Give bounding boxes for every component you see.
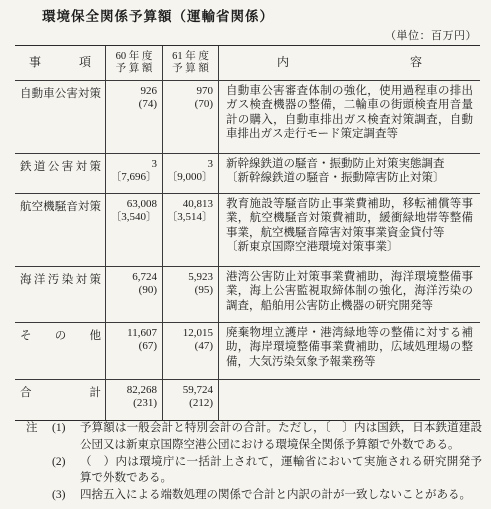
fy60-main: 3 <box>152 158 158 170</box>
fy60-sub: (90) <box>108 284 157 297</box>
content-text: 教育施設等騒音防止事業費補助，移転補償等事業，航空機騒音対策費補助，緩衝緑地帯等… <box>226 198 473 239</box>
table-row-marine-pollution: 海洋汚染対策 6,724(90) 5,923(95) 港湾公害防止対策事業費補助… <box>15 267 480 323</box>
row-item-label: 合計 <box>15 380 105 420</box>
header-row: 事項 60 年 度 予 算 額 61 年 度 予 算 額 内容 <box>15 46 480 81</box>
table-row-others: その他 11,607(67) 12,015(47) 廃棄物埋立護岸・港湾緑地等の… <box>15 323 480 380</box>
document-page: 環境保全関係予算額（運輸省関係） （単位：百万円） 事項 60 年 度 予 算 … <box>0 0 491 509</box>
fy60-sub: 〔3,540〕 <box>108 211 157 224</box>
fy61-sub: (212) <box>165 397 213 410</box>
fy61-sub: 〔3,514〕 <box>165 211 213 224</box>
fy60-main: 11,607 <box>127 327 157 339</box>
notes-label: 注 <box>26 420 52 437</box>
footnote-2: (2) （ ）内は環境庁に一括計上されて，運輸省において実施される研究開発予算で… <box>26 454 482 488</box>
footnote-number: (2) <box>52 454 80 471</box>
fy60-main: 926 <box>141 85 158 97</box>
row-fy61-value: 970(70) <box>162 81 218 153</box>
content-text: 自動車公害審査体制の強化，使用過程車の排出ガス検査機器の整備，二輪車の街頭検査用… <box>226 85 473 140</box>
fy61-sub: (70) <box>165 98 213 111</box>
header-item: 事項 <box>15 46 105 80</box>
content-text: 新幹線鉄道の騒音・振動防止対策実態調査 <box>226 158 445 170</box>
row-fy60-value: 82,268(231) <box>105 380 162 420</box>
row-content: 廃棄物埋立護岸・港湾緑地等の整備に対する補助，海岸環境整備事業費補助，広域処理場… <box>218 323 480 379</box>
row-item-label: 海洋汚染対策 <box>15 267 105 322</box>
fy61-main: 970 <box>197 85 214 97</box>
row-fy60-value: 63,008〔3,540〕 <box>105 194 162 266</box>
footnote-text: 四捨五入による端数処理の関係で合計と内訳の計が一致しないことがある。 <box>80 487 482 504</box>
row-fy60-value: 11,607(67) <box>105 323 162 379</box>
content-text: 港湾公害防止対策事業費補助，海洋環境整備事業，海上公害監視取締体制の強化，海洋汚… <box>226 271 473 312</box>
fy60-sub: 〔7,696〕 <box>108 171 157 184</box>
row-fy60-value: 6,724(90) <box>105 267 162 322</box>
table-row-auto-pollution: 自動車公害対策 926(74) 970(70) 自動車公害審査体制の強化，使用過… <box>15 81 480 154</box>
footnote-number: (1) <box>52 420 80 437</box>
fy60-main: 63,008 <box>127 198 157 210</box>
fy61-sub: 〔9,000〕 <box>165 171 213 184</box>
content-text: 廃棄物埋立護岸・港湾緑地等の整備に対する補助，海岸環境整備事業費補助，広域処理場… <box>226 327 473 368</box>
footnote-text: 予算額は一般会計と特別会計の合計。ただし，〔 〕内は国鉄，日本鉄道建設公団又は新… <box>80 420 482 454</box>
header-fy60: 60 年 度 予 算 額 <box>105 46 162 80</box>
fy60-main: 6,724 <box>132 271 157 283</box>
table-row-railway-pollution: 鉄道公害対策 3〔7,696〕 3〔9,000〕 新幹線鉄道の騒音・振動防止対策… <box>15 154 480 194</box>
row-content: 教育施設等騒音防止事業費補助，移転補償等事業，航空機騒音対策費補助，緩衝緑地帯等… <box>218 194 480 266</box>
footnote-1: 注 (1) 予算額は一般会計と特別会計の合計。ただし，〔 〕内は国鉄，日本鉄道建… <box>26 420 482 454</box>
content-note: 〔新幹線鉄道の騒音・振動障害防止対策〕 <box>226 171 473 185</box>
unit-label: （単位：百万円） <box>385 27 477 43</box>
fy61-main: 5,923 <box>188 271 213 283</box>
content-note: 〔新東京国際空港環境対策事業〕 <box>226 240 473 254</box>
row-fy61-value: 3〔9,000〕 <box>162 154 218 193</box>
table-row-aircraft-noise: 航空機騒音対策 63,008〔3,540〕 40,813〔3,514〕 教育施設… <box>15 194 480 267</box>
row-content: 新幹線鉄道の騒音・振動防止対策実態調査〔新幹線鉄道の騒音・振動障害防止対策〕 <box>218 154 480 193</box>
fy60-sub: (67) <box>108 340 157 353</box>
row-fy60-value: 3〔7,696〕 <box>105 154 162 193</box>
row-content <box>218 380 480 420</box>
row-fy60-value: 926(74) <box>105 81 162 153</box>
row-item-label: 鉄道公害対策 <box>15 154 105 193</box>
header-fy61-line1: 61 年 度 <box>165 51 216 63</box>
row-content: 自動車公害審査体制の強化，使用過程車の排出ガス検査機器の整備，二輪車の街頭検査用… <box>218 81 480 153</box>
row-item-label: その他 <box>15 323 105 379</box>
header-fy60-line2: 予 算 額 <box>108 63 160 75</box>
fy61-main: 3 <box>208 158 214 170</box>
fy61-main: 40,813 <box>183 198 213 210</box>
table-row-total: 合計 82,268(231) 59,724(212) <box>15 380 480 420</box>
header-fy60-line1: 60 年 度 <box>108 51 160 63</box>
header-fy61: 61 年 度 予 算 額 <box>162 46 218 80</box>
row-content: 港湾公害防止対策事業費補助，海洋環境整備事業，海上公害監視取締体制の強化，海洋汚… <box>218 267 480 322</box>
fy61-main: 12,015 <box>183 327 213 339</box>
row-fy61-value: 12,015(47) <box>162 323 218 379</box>
fy60-sub: (74) <box>108 98 157 111</box>
footnotes: 注 (1) 予算額は一般会計と特別会計の合計。ただし，〔 〕内は国鉄，日本鉄道建… <box>26 420 482 504</box>
footnote-number: (3) <box>52 487 80 504</box>
page-title: 環境保全関係予算額（運輸省関係） <box>42 5 274 25</box>
fy61-sub: (47) <box>165 340 213 353</box>
row-item-label: 自動車公害対策 <box>15 81 105 153</box>
footnote-text: （ ）内は環境庁に一括計上されて，運輸省において実施される研究開発予算で外数であ… <box>80 454 482 488</box>
fy61-sub: (95) <box>165 284 213 297</box>
budget-table: 事項 60 年 度 予 算 額 61 年 度 予 算 額 内容 自動車公害対策 … <box>15 45 480 421</box>
header-fy61-line2: 予 算 額 <box>165 63 216 75</box>
fy60-sub: (231) <box>108 397 157 410</box>
row-fy61-value: 59,724(212) <box>162 380 218 420</box>
footnote-3: (3) 四捨五入による端数処理の関係で合計と内訳の計が一致しないことがある。 <box>26 487 482 504</box>
header-content: 内容 <box>218 46 480 80</box>
row-fy61-value: 5,923(95) <box>162 267 218 322</box>
row-fy61-value: 40,813〔3,514〕 <box>162 194 218 266</box>
fy61-main: 59,724 <box>183 384 213 396</box>
row-item-label: 航空機騒音対策 <box>15 194 105 266</box>
fy60-main: 82,268 <box>127 384 157 396</box>
